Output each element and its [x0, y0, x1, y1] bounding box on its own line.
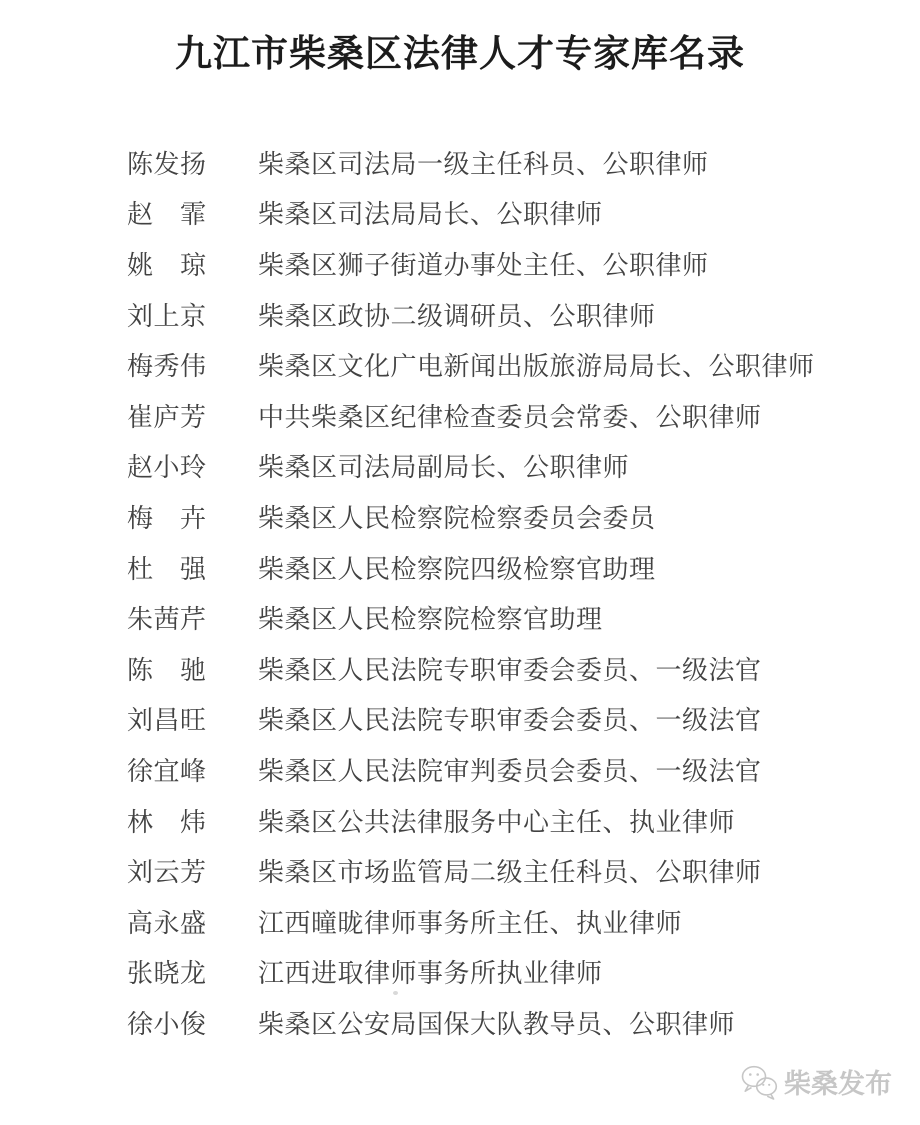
- scan-speck: [393, 991, 398, 995]
- roster-row: 张晓龙江西进取律师事务所执业律师: [127, 947, 890, 998]
- roster-row: 梅卉柴桑区人民检察院检察委员会委员: [127, 491, 890, 542]
- person-name: 赵小玲: [127, 447, 206, 484]
- roster-row: 朱茜芹柴桑区人民检察院检察官助理: [127, 592, 890, 643]
- person-name: 陈驰: [127, 650, 206, 687]
- person-title: 柴桑区人民检察院四级检察官助理: [258, 549, 656, 586]
- person-name: 徐小俊: [127, 1004, 206, 1041]
- roster-row: 姚琼柴桑区狮子街道办事处主任、公职律师: [127, 238, 890, 289]
- person-name: 刘云芳: [127, 852, 206, 889]
- roster-row: 陈发扬柴桑区司法局一级主任科员、公职律师: [127, 137, 890, 188]
- roster-row: 陈驰柴桑区人民法院专职审委会委员、一级法官: [127, 643, 890, 694]
- person-name: 崔庐芳: [127, 397, 206, 434]
- person-title: 柴桑区司法局局长、公职律师: [258, 194, 603, 231]
- roster-row: 刘昌旺柴桑区人民法院专职审委会委员、一级法官: [127, 694, 890, 745]
- person-title: 柴桑区公共法律服务中心主任、执业律师: [258, 802, 735, 839]
- person-title: 柴桑区市场监管局二级主任科员、公职律师: [258, 852, 762, 889]
- person-title: 柴桑区人民法院专职审委会委员、一级法官: [258, 650, 762, 687]
- roster-row: 徐宜峰柴桑区人民法院审判委员会委员、一级法官: [127, 744, 890, 795]
- roster-row: 刘云芳柴桑区市场监管局二级主任科员、公职律师: [127, 845, 890, 896]
- roster-row: 赵霏柴桑区司法局局长、公职律师: [127, 188, 890, 239]
- person-title: 柴桑区人民检察院检察委员会委员: [258, 498, 656, 535]
- person-name: 刘上京: [127, 296, 206, 333]
- roster-row: 赵小玲柴桑区司法局副局长、公职律师: [127, 441, 890, 492]
- person-title: 柴桑区人民检察院检察官助理: [258, 599, 603, 636]
- person-name: 杜强: [127, 549, 206, 586]
- person-name: 梅卉: [127, 498, 206, 535]
- person-title: 柴桑区司法局副局长、公职律师: [258, 447, 629, 484]
- person-title: 柴桑区司法局一级主任科员、公职律师: [258, 144, 709, 181]
- watermark: 柴桑发布: [739, 1062, 892, 1101]
- person-name: 高永盛: [127, 903, 206, 940]
- person-title: 中共柴桑区纪律检查委员会常委、公职律师: [258, 397, 762, 434]
- person-name: 赵霏: [127, 194, 206, 231]
- roster-row: 高永盛江西曈昽律师事务所主任、执业律师: [127, 896, 890, 947]
- expert-roster-list: 陈发扬柴桑区司法局一级主任科员、公职律师赵霏柴桑区司法局局长、公职律师姚琼柴桑区…: [127, 137, 890, 1048]
- person-name: 张晓龙: [127, 953, 206, 990]
- roster-row: 林炜柴桑区公共法律服务中心主任、执业律师: [127, 795, 890, 846]
- person-title: 江西曈昽律师事务所主任、执业律师: [258, 903, 682, 940]
- person-title: 江西进取律师事务所执业律师: [258, 953, 603, 990]
- person-name: 姚琼: [127, 245, 206, 282]
- person-title: 柴桑区狮子街道办事处主任、公职律师: [258, 245, 709, 282]
- person-title: 柴桑区文化广电新闻出版旅游局局长、公职律师: [258, 346, 815, 383]
- person-title: 柴桑区人民法院审判委员会委员、一级法官: [258, 751, 762, 788]
- person-title: 柴桑区人民法院专职审委会委员、一级法官: [258, 700, 762, 737]
- roster-row: 刘上京柴桑区政协二级调研员、公职律师: [127, 289, 890, 340]
- person-title: 柴桑区政协二级调研员、公职律师: [258, 296, 656, 333]
- roster-row: 梅秀伟柴桑区文化广电新闻出版旅游局局长、公职律师: [127, 339, 890, 390]
- person-name: 刘昌旺: [127, 700, 206, 737]
- person-name: 陈发扬: [127, 144, 206, 181]
- roster-row: 徐小俊柴桑区公安局国保大队教导员、公职律师: [127, 997, 890, 1048]
- person-name: 徐宜峰: [127, 751, 206, 788]
- wechat-icon: [739, 1063, 779, 1101]
- person-title: 柴桑区公安局国保大队教导员、公职律师: [258, 1004, 735, 1041]
- roster-row: 杜强柴桑区人民检察院四级检察官助理: [127, 542, 890, 593]
- person-name: 朱茜芹: [127, 599, 206, 636]
- person-name: 梅秀伟: [127, 346, 206, 383]
- roster-row: 崔庐芳中共柴桑区纪律检查委员会常委、公职律师: [127, 390, 890, 441]
- watermark-label: 柴桑发布: [784, 1062, 892, 1101]
- page-title: 九江市柴桑区法律人才专家库名录: [0, 33, 920, 77]
- person-name: 林炜: [127, 802, 206, 839]
